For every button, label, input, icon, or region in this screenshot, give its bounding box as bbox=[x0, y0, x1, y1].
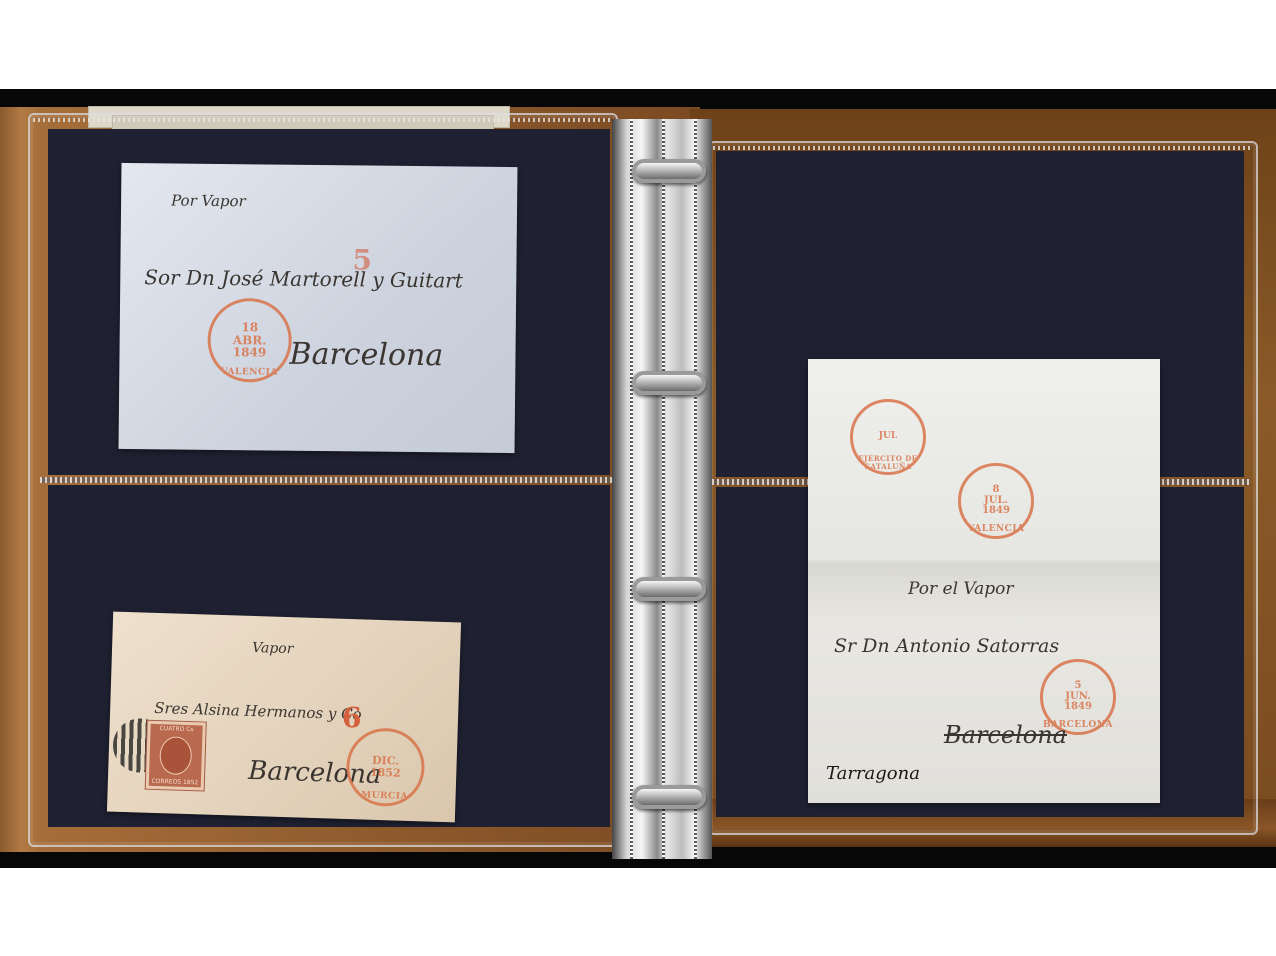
rate-mark: 6 bbox=[342, 701, 363, 735]
stamp-top-label: CUATRO Cs bbox=[150, 725, 202, 734]
redirect-destination: Tarragona bbox=[826, 763, 920, 784]
postmark: 18 ABR. 1849 VALENCIA bbox=[207, 298, 292, 383]
postmark: DIC. 1852 MURCIA bbox=[345, 727, 425, 807]
route-note: Por Vapor bbox=[171, 191, 246, 210]
cover-tarragona-1849: JUL EJERCITO DE CATALUÑA 8 JUL. 1849 VAL… bbox=[808, 359, 1160, 803]
pocket-divider bbox=[40, 477, 612, 483]
postmark-town: MURCIA bbox=[348, 791, 420, 803]
postmark-year: 1849 bbox=[1064, 702, 1092, 713]
cover-murcia-1852: Vapor Sres Alsina Hermanos y Co Barcelon… bbox=[107, 612, 461, 823]
destination-struck: Barcelona bbox=[944, 721, 1067, 749]
binder-ring bbox=[632, 785, 706, 809]
postmark-year: 1849 bbox=[982, 506, 1010, 517]
postmark-day: 18 bbox=[241, 321, 258, 334]
addressee: Sres Alsina Hermanos y Co bbox=[154, 699, 362, 724]
postmark-town: VALENCIA bbox=[961, 525, 1031, 534]
addressee: Sor Dn José Martorell y Guitart bbox=[144, 265, 463, 292]
cover-valencia-1849: Por Vapor Sor Dn José Martorell y Guitar… bbox=[119, 163, 518, 453]
postage-stamp: CUATRO Cs CORREOS 1852 bbox=[146, 721, 206, 791]
sleeve-seam bbox=[630, 119, 633, 859]
postmark-year: 1852 bbox=[370, 767, 401, 780]
route-note: Vapor bbox=[252, 640, 294, 657]
postmark-date: JUL bbox=[879, 432, 897, 441]
queen-portrait-icon bbox=[159, 736, 192, 775]
postmark-valencia: 8 JUL. 1849 VALENCIA bbox=[958, 463, 1034, 539]
addressee: Sr Dn Antonio Satorras bbox=[834, 635, 1059, 657]
postmark-town: VALENCIA bbox=[210, 367, 288, 377]
album-photo: Por Vapor Sor Dn José Martorell y Guitar… bbox=[0, 89, 1276, 868]
binder-ring bbox=[632, 371, 706, 395]
postmark-ejercito: JUL EJERCITO DE CATALUÑA bbox=[850, 399, 926, 475]
stamp-bottom-label: CORREOS 1852 bbox=[149, 778, 201, 787]
binder-ring bbox=[632, 577, 706, 601]
route-note: Por el Vapor bbox=[908, 579, 1014, 599]
postmark-text: EJERCITO DE CATALUÑA bbox=[853, 455, 923, 470]
sleeve-seam bbox=[694, 119, 697, 859]
postmark-year: 1849 bbox=[233, 346, 267, 359]
destination: Barcelona bbox=[289, 337, 443, 374]
binder-ring bbox=[632, 159, 706, 183]
rate-mark: 5 bbox=[352, 243, 372, 276]
sleeve-seam bbox=[662, 119, 665, 859]
binder-spine bbox=[612, 119, 712, 859]
